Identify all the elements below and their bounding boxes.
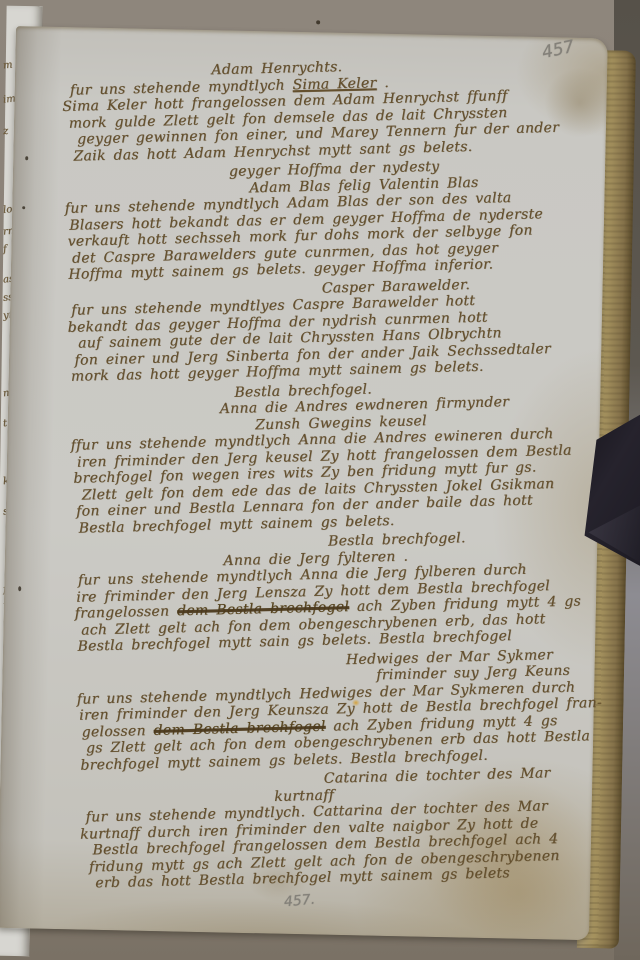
ink-speck (25, 156, 28, 160)
entry-7: Catarina die tochter des Markurtnafffur … (79, 764, 618, 893)
ink-speck (22, 206, 25, 209)
entry-2: geyger Hoffma der nydestyAdam Blas felig… (64, 155, 603, 284)
margin-fragment: m (2, 60, 13, 72)
entry-4: Bestla brechfogel.Anna die Andres ewdner… (69, 375, 608, 537)
manuscript-text: Adam Henrychts.fur uns stehende myndtlyc… (61, 50, 617, 892)
entry-5: Bestla brechfogel.Anna die Jerg fylteren… (73, 527, 612, 656)
book-photo: mimzlossrmfassskynnt.ksbf.nr Adam Henryc… (0, 0, 640, 960)
dust-speck (316, 20, 320, 24)
manuscript-page: Adam Henrychts.fur uns stehende myndtlyc… (0, 26, 608, 940)
entry-6: Hedwiges der Mar Sykmerfriminder suy Jer… (76, 645, 615, 774)
entry-3: Casper Barawelder.fur uns stehende myndt… (67, 273, 605, 385)
ink-speck (18, 586, 21, 591)
page-number-bottom: 457. (283, 892, 315, 911)
margin-fragment: f (2, 244, 7, 255)
entry-1: Adam Henrychts.fur uns stehende myndtlyc… (61, 53, 599, 165)
margin-fragment: z (2, 126, 8, 137)
